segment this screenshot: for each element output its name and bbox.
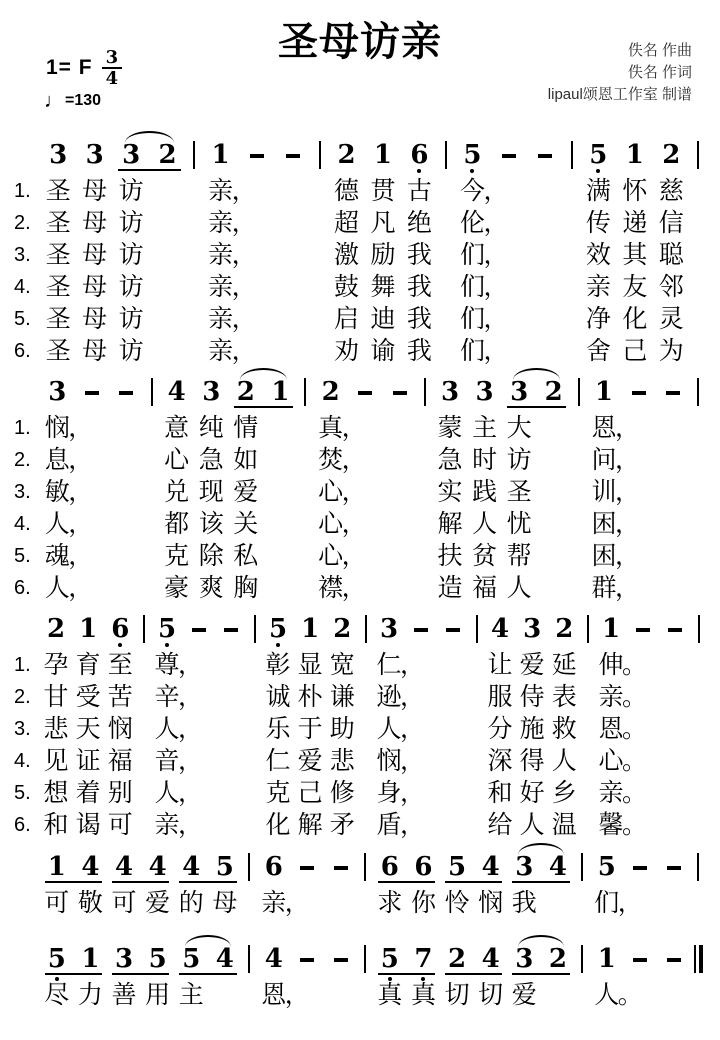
lyric-char: 们 [460,336,485,367]
key-signature: 1= F 3 4 [46,48,122,88]
lyric-cell: 信 [653,208,689,239]
lyric-cell: 乡 [548,778,580,809]
duration-dash [657,852,691,870]
lyric-char: 访 [507,445,532,476]
barline-rule [248,853,250,881]
lyric-char: 群 [591,573,616,604]
note-token: 2 [229,377,264,407]
note-token: 5 [440,852,474,882]
lyric-char: 圣 [46,272,71,303]
note-digit: 4 [491,614,509,644]
lyric-char: 可 [112,888,137,919]
sheet-music-page: 圣母访亲 1= F 3 4 ♩ =130 佚名 作曲 佚名 作词 lipaul颂… [0,0,720,1040]
beamed-note-group: 24 [440,944,507,974]
lyric-cell: 爱 [141,888,175,919]
lyric-cell: 们， [590,888,624,919]
lyric-char: 我 [407,240,432,271]
duration-dash [621,377,656,395]
lyric-cell: 该 [194,509,229,540]
note-token: 2 [541,944,575,974]
music-system-2: 343212333211.悯，意纯情真，蒙主大恩，2.息，心急如焚，急时访问，3… [12,377,706,605]
note-digit: 5 [269,614,287,644]
note-token: 2 [548,614,580,644]
lyric-char: 们 [460,240,485,271]
duration-dash [491,140,527,158]
lyric-punctuation: ， [400,714,425,745]
note-token: 7 [407,944,441,974]
lyric-char: 延 [552,650,577,681]
tempo-marking: ♩ =130 [44,92,101,110]
lyric-char: 身 [377,778,402,809]
lyric-char: 求 [377,888,402,919]
lyric-cell: 解 [433,509,468,540]
lyric-char: 我 [407,304,432,335]
lyric-cell: 贫 [467,541,502,572]
verse-number: 2. [12,208,40,238]
lyric-punctuation: ， [232,272,257,303]
lyric-char: 激 [334,240,359,271]
lyric-cell: 焚， [313,445,348,476]
note-digit: 4 [265,944,283,974]
lyric-cell: 施 [516,714,548,745]
lyric-cell: 真， [313,413,348,444]
lyric-char: 悲 [44,714,69,745]
barline-rule [143,615,145,643]
lyric-char: 迪 [370,304,395,335]
note-digit: 5 [448,852,466,882]
lyric-cell: 解 [294,810,326,841]
note-token: 1 [617,140,653,170]
verse-number: 3. [12,477,40,507]
lyric-char: 分 [487,714,512,745]
lyric-char: 悲 [330,746,355,777]
lyric-char: 恩 [261,980,286,1011]
lyric-char: 让 [487,650,512,681]
lyrics-row: 2.圣母访亲，超凡绝伦，传递信 [12,208,706,240]
lyric-char: 心 [318,477,343,508]
lyric-char: 访 [119,304,144,335]
lyric-cell: 悯 [104,714,136,745]
note-token: 3 [502,377,537,407]
lyric-cell: 可 [104,810,136,841]
lyric-punctuation: ， [178,778,203,809]
lyric-cell: 亲， [202,176,238,207]
lyric-char: 大 [507,413,532,444]
note-digit: 5 [182,944,200,974]
barline [298,377,314,406]
verse-number: 4. [12,509,40,539]
note-digit: 7 [414,944,432,974]
note-digit: 6 [111,614,129,644]
note-digit: 1 [602,614,620,644]
lyric-cell: 可 [40,888,74,919]
note-token: 3 [113,140,149,170]
lyric-cell: 今， [454,176,490,207]
lyric-punctuation: ， [178,746,203,777]
barline-rule [365,615,367,643]
lyric-cell: 和 [40,810,72,841]
lyric-char: 亲 [208,240,233,271]
dash-rule [446,628,460,632]
duration-dash [659,614,691,632]
beamed-note-group: 34 [507,852,574,882]
lyric-char: 受 [76,682,101,713]
note-token: 2 [536,377,571,407]
lyric-char: 得 [520,746,545,777]
lyric-cell: 励 [365,240,401,271]
lyric-cell: 帮 [502,541,537,572]
lyric-cell: 人 [516,810,548,841]
lyric-punctuation: ， [483,176,508,207]
note-digit: 2 [237,377,255,407]
lyric-cell: 我 [401,336,437,367]
lyric-char: 人 [594,980,619,1011]
lyric-cell: 母 [76,304,112,335]
lyric-cell: 苦 [104,682,136,713]
verse-number: 5. [12,304,40,334]
lyric-char: 侍 [520,682,545,713]
lyrics-row: 可敬可爱的母亲，求你怜悯我们， [12,888,706,920]
note-digit: 2 [549,944,567,974]
note-token: 3 [433,377,468,407]
lyric-char: 传 [586,208,611,239]
lyric-char: 满 [586,176,611,207]
lyric-cell: 心。 [595,746,627,777]
lyric-cell: 问， [587,445,622,476]
lyric-cell: 扶 [433,541,468,572]
lyric-char: 悯 [45,413,70,444]
lyric-char: 想 [44,778,69,809]
low-octave-dot [470,169,474,173]
note-digit: 3 [515,944,533,974]
barline [690,377,706,406]
note-digit: 2 [159,140,177,170]
lyric-cell: 递 [617,208,653,239]
lyric-char: 证 [76,746,101,777]
beamed-note-group: 57 [373,944,440,974]
lyric-cell: 情 [229,413,264,444]
lyric-cell: 怜 [440,888,474,919]
barline-rule [319,141,321,169]
lyric-cell: 母 [76,272,112,303]
note-digit: 1 [626,140,644,170]
lyric-punctuation: ， [615,477,640,508]
lyric-char: 育 [76,650,101,681]
lyric-char: 急 [438,445,463,476]
beamed-note-group: 54 [174,944,241,974]
music-system-1: 3332121655121.圣母访亲，德贯古今，满怀慈2.圣母访亲，超凡绝伦，传… [12,140,706,368]
lyric-punctuation: ， [178,682,203,713]
lyric-char: 宽 [330,650,355,681]
lyric-char: 母 [82,304,107,335]
lyric-char: 们 [460,272,485,303]
note-digit: 4 [482,944,500,974]
note-digit: 3 [380,614,398,644]
composer-credit: 佚名 作曲 [548,40,692,62]
low-octave-dot [276,643,280,647]
lyrics-row: 6.人，豪爽胸襟，造福人群， [12,573,706,605]
barline-rule [697,378,699,406]
lyric-char: 彰 [266,650,291,681]
note-digit: 3 [49,140,67,170]
lyric-cell: 切 [474,980,508,1011]
lyric-cell: 助 [326,714,358,745]
lyric-char: 聪 [659,240,684,271]
lyric-char: 天 [76,714,101,745]
note-token: 4 [208,944,242,974]
lyric-char: 心 [164,445,189,476]
lyric-char: 舍 [586,336,611,367]
note-digit: 2 [555,614,573,644]
barline-rule [578,378,580,406]
lyric-cell: 超 [328,208,364,239]
verse-number: 6. [12,573,40,603]
lyric-cell: 访 [113,208,149,239]
note-digit: 5 [589,140,607,170]
duration-dash [656,377,691,395]
lyric-punctuation: 。 [618,980,643,1011]
note-token: 4 [474,944,508,974]
lyric-punctuation: ， [68,509,93,540]
lyric-cell: 己 [294,778,326,809]
barline-rule [364,945,366,973]
verse-number: 1. [12,413,40,443]
lyric-cell: 们， [454,336,490,367]
barline-rule [193,141,195,169]
lyric-char: 我 [512,888,537,919]
note-token: 4 [541,852,575,882]
lyric-cell: 我 [507,888,541,919]
dash-rule [668,628,682,632]
note-token: 5 [373,944,407,974]
lyric-punctuation: 。 [622,650,647,681]
lyric-punctuation: ， [68,573,93,604]
duration-dash [239,140,275,158]
lyric-cell: 母 [76,336,112,367]
note-token: 6 [407,852,441,882]
lyric-cell: 乐 [262,714,294,745]
score: 3332121655121.圣母访亲，德贯古今，满怀慈2.圣母访亲，超凡绝伦，传… [0,140,720,1012]
lyric-char: 今 [460,176,485,207]
lyric-char: 乐 [266,714,291,745]
low-octave-dot [165,643,169,647]
lyric-cell: 德 [328,176,364,207]
lyric-cell: 人， [151,714,183,745]
lyric-cell: 净 [580,304,616,335]
lyric-punctuation: ， [68,541,93,572]
note-token: 3 [507,852,541,882]
dash-rule [502,154,516,158]
lyric-char: 化 [266,810,291,841]
lyric-cell: 至 [104,650,136,681]
barline [358,852,373,881]
lyric-punctuation: ， [178,714,203,745]
note-token: 3 [516,614,548,644]
lyric-cell: 克 [262,778,294,809]
barline-rule [254,615,256,643]
lyric-punctuation: ， [232,304,257,335]
lyric-char: 们 [594,888,619,919]
lyric-char: 关 [233,509,258,540]
lyric-cell: 显 [294,650,326,681]
lyric-char: 悯 [478,888,503,919]
lyric-cell: 见 [40,746,72,777]
note-digit: 5 [463,140,481,170]
barline-rule [581,853,583,881]
dash-rule [250,154,264,158]
lyric-cell: 都 [159,509,194,540]
dash-rule [632,391,646,395]
lyrics-row: 3.圣母访亲，激励我们，效其聪 [12,240,706,272]
lyric-char: 尽 [44,980,69,1011]
lyric-char: 帮 [507,541,532,572]
note-digit: 2 [333,614,351,644]
lyric-cell: 盾， [373,810,405,841]
note-digit: 3 [510,377,528,407]
lyric-cell: 甘 [40,682,72,713]
lyric-char: 亲 [155,810,180,841]
lyric-punctuation: ， [178,810,203,841]
duration-dash [109,377,144,395]
lyric-char: 亲 [261,888,286,919]
note-digit: 3 [515,852,533,882]
lyric-cell: 亲 [580,272,616,303]
note-token: 4 [141,852,175,882]
note-digit: 4 [182,852,200,882]
lyric-cell: 聪 [653,240,689,271]
lyric-cell: 母 [76,208,112,239]
lyric-char: 仁 [377,650,402,681]
lyric-cell: 爱 [507,980,541,1011]
note-digit: 6 [381,852,399,882]
barline [575,852,590,881]
lyric-cell: 效 [580,240,616,271]
lyric-cell: 谦 [326,682,358,713]
beamed-note-group: 21 [229,377,298,407]
lyric-char: 切 [478,980,503,1011]
lyric-punctuation: ， [285,980,310,1011]
note-token: 3 [194,377,229,407]
note-digit: 5 [48,944,66,974]
lyric-char: 心 [318,541,343,572]
lyric-cell: 凡 [365,208,401,239]
barline-rule [571,141,573,169]
lyric-char: 尊 [155,650,180,681]
lyric-cell: 困， [587,509,622,540]
lyric-char: 人 [155,714,180,745]
note-token: 1 [587,377,622,407]
lyric-cell: 辛， [151,682,183,713]
lyric-char: 母 [82,240,107,271]
duration-dash [324,944,358,962]
lyric-punctuation: 。 [622,682,647,713]
dash-rule [538,154,552,158]
note-token: 4 [174,852,208,882]
lyric-char: 亲 [208,176,233,207]
lyric-cell: 训， [587,477,622,508]
dash-rule [334,958,348,962]
barline-rule [698,615,700,643]
dash-rule [636,628,650,632]
duration-dash [348,377,383,395]
lyric-char: 亲 [208,272,233,303]
lyric-char: 贫 [472,541,497,572]
verse-number: 2. [12,682,40,712]
quarter-note-icon: ♩ [44,93,64,109]
lyric-char: 其 [622,240,647,271]
lyric-char: 困 [591,509,616,540]
lyrics-row: 6.和谒可亲，化解矛盾，给人温馨。 [12,810,706,842]
beamed-note-group: 32 [113,140,186,170]
lyric-char: 爱 [298,746,323,777]
lyric-char: 灵 [659,304,684,335]
lyric-cell: 友 [617,272,653,303]
lyric-char: 朴 [298,682,323,713]
barline [247,614,262,643]
beamed-note-group: 54 [440,852,507,882]
lyric-cell: 好 [516,778,548,809]
lyric-cell: 困， [587,541,622,572]
lyric-cell: 爱 [229,477,264,508]
lyric-cell: 别 [104,778,136,809]
lyric-char: 表 [552,682,577,713]
lyric-cell: 孕 [40,650,72,681]
lyric-cell: 主 [467,413,502,444]
lyric-cell: 化 [262,810,294,841]
note-digit: 2 [545,377,563,407]
note-token: 2 [440,944,474,974]
note-digit: 3 [441,377,459,407]
barline [136,614,151,643]
lyric-char: 访 [119,208,144,239]
lyric-char: 悯 [377,746,402,777]
lyric-cell: 急 [433,445,468,476]
note-token: 4 [484,614,516,644]
note-digit: 2 [448,944,466,974]
lyric-cell: 人 [467,509,502,540]
note-token: 5 [454,140,490,170]
lyric-char: 温 [552,810,577,841]
lyric-cell: 灵 [653,304,689,335]
lyric-cell: 迪 [365,304,401,335]
lyric-char: 你 [411,888,436,919]
lyric-char: 亲 [208,304,233,335]
note-token: 6 [373,852,407,882]
lyric-cell: 践 [467,477,502,508]
lyric-cell: 切 [440,980,474,1011]
lyric-cell: 人 [502,573,537,604]
notation-row: 51355445724321 [12,944,706,980]
lyric-char: 亲 [208,336,233,367]
final-barline [691,944,706,973]
lyric-cell: 访 [113,240,149,271]
lyric-cell: 育 [72,650,104,681]
lyric-cell: 人。 [590,980,624,1011]
beamed-note-group: 51 [40,944,107,974]
lyric-cell: 圣 [40,208,76,239]
duration-dash [527,140,563,158]
barline-rule [445,141,447,169]
lyric-char: 怀 [622,176,647,207]
note-digit: 1 [374,140,392,170]
note-token: 4 [107,852,141,882]
note-digit: 4 [216,944,234,974]
lyric-cell: 身， [373,778,405,809]
dash-rule [286,154,300,158]
lyric-char: 福 [108,746,133,777]
lyric-char: 诚 [266,682,291,713]
barline-rule [697,141,699,169]
